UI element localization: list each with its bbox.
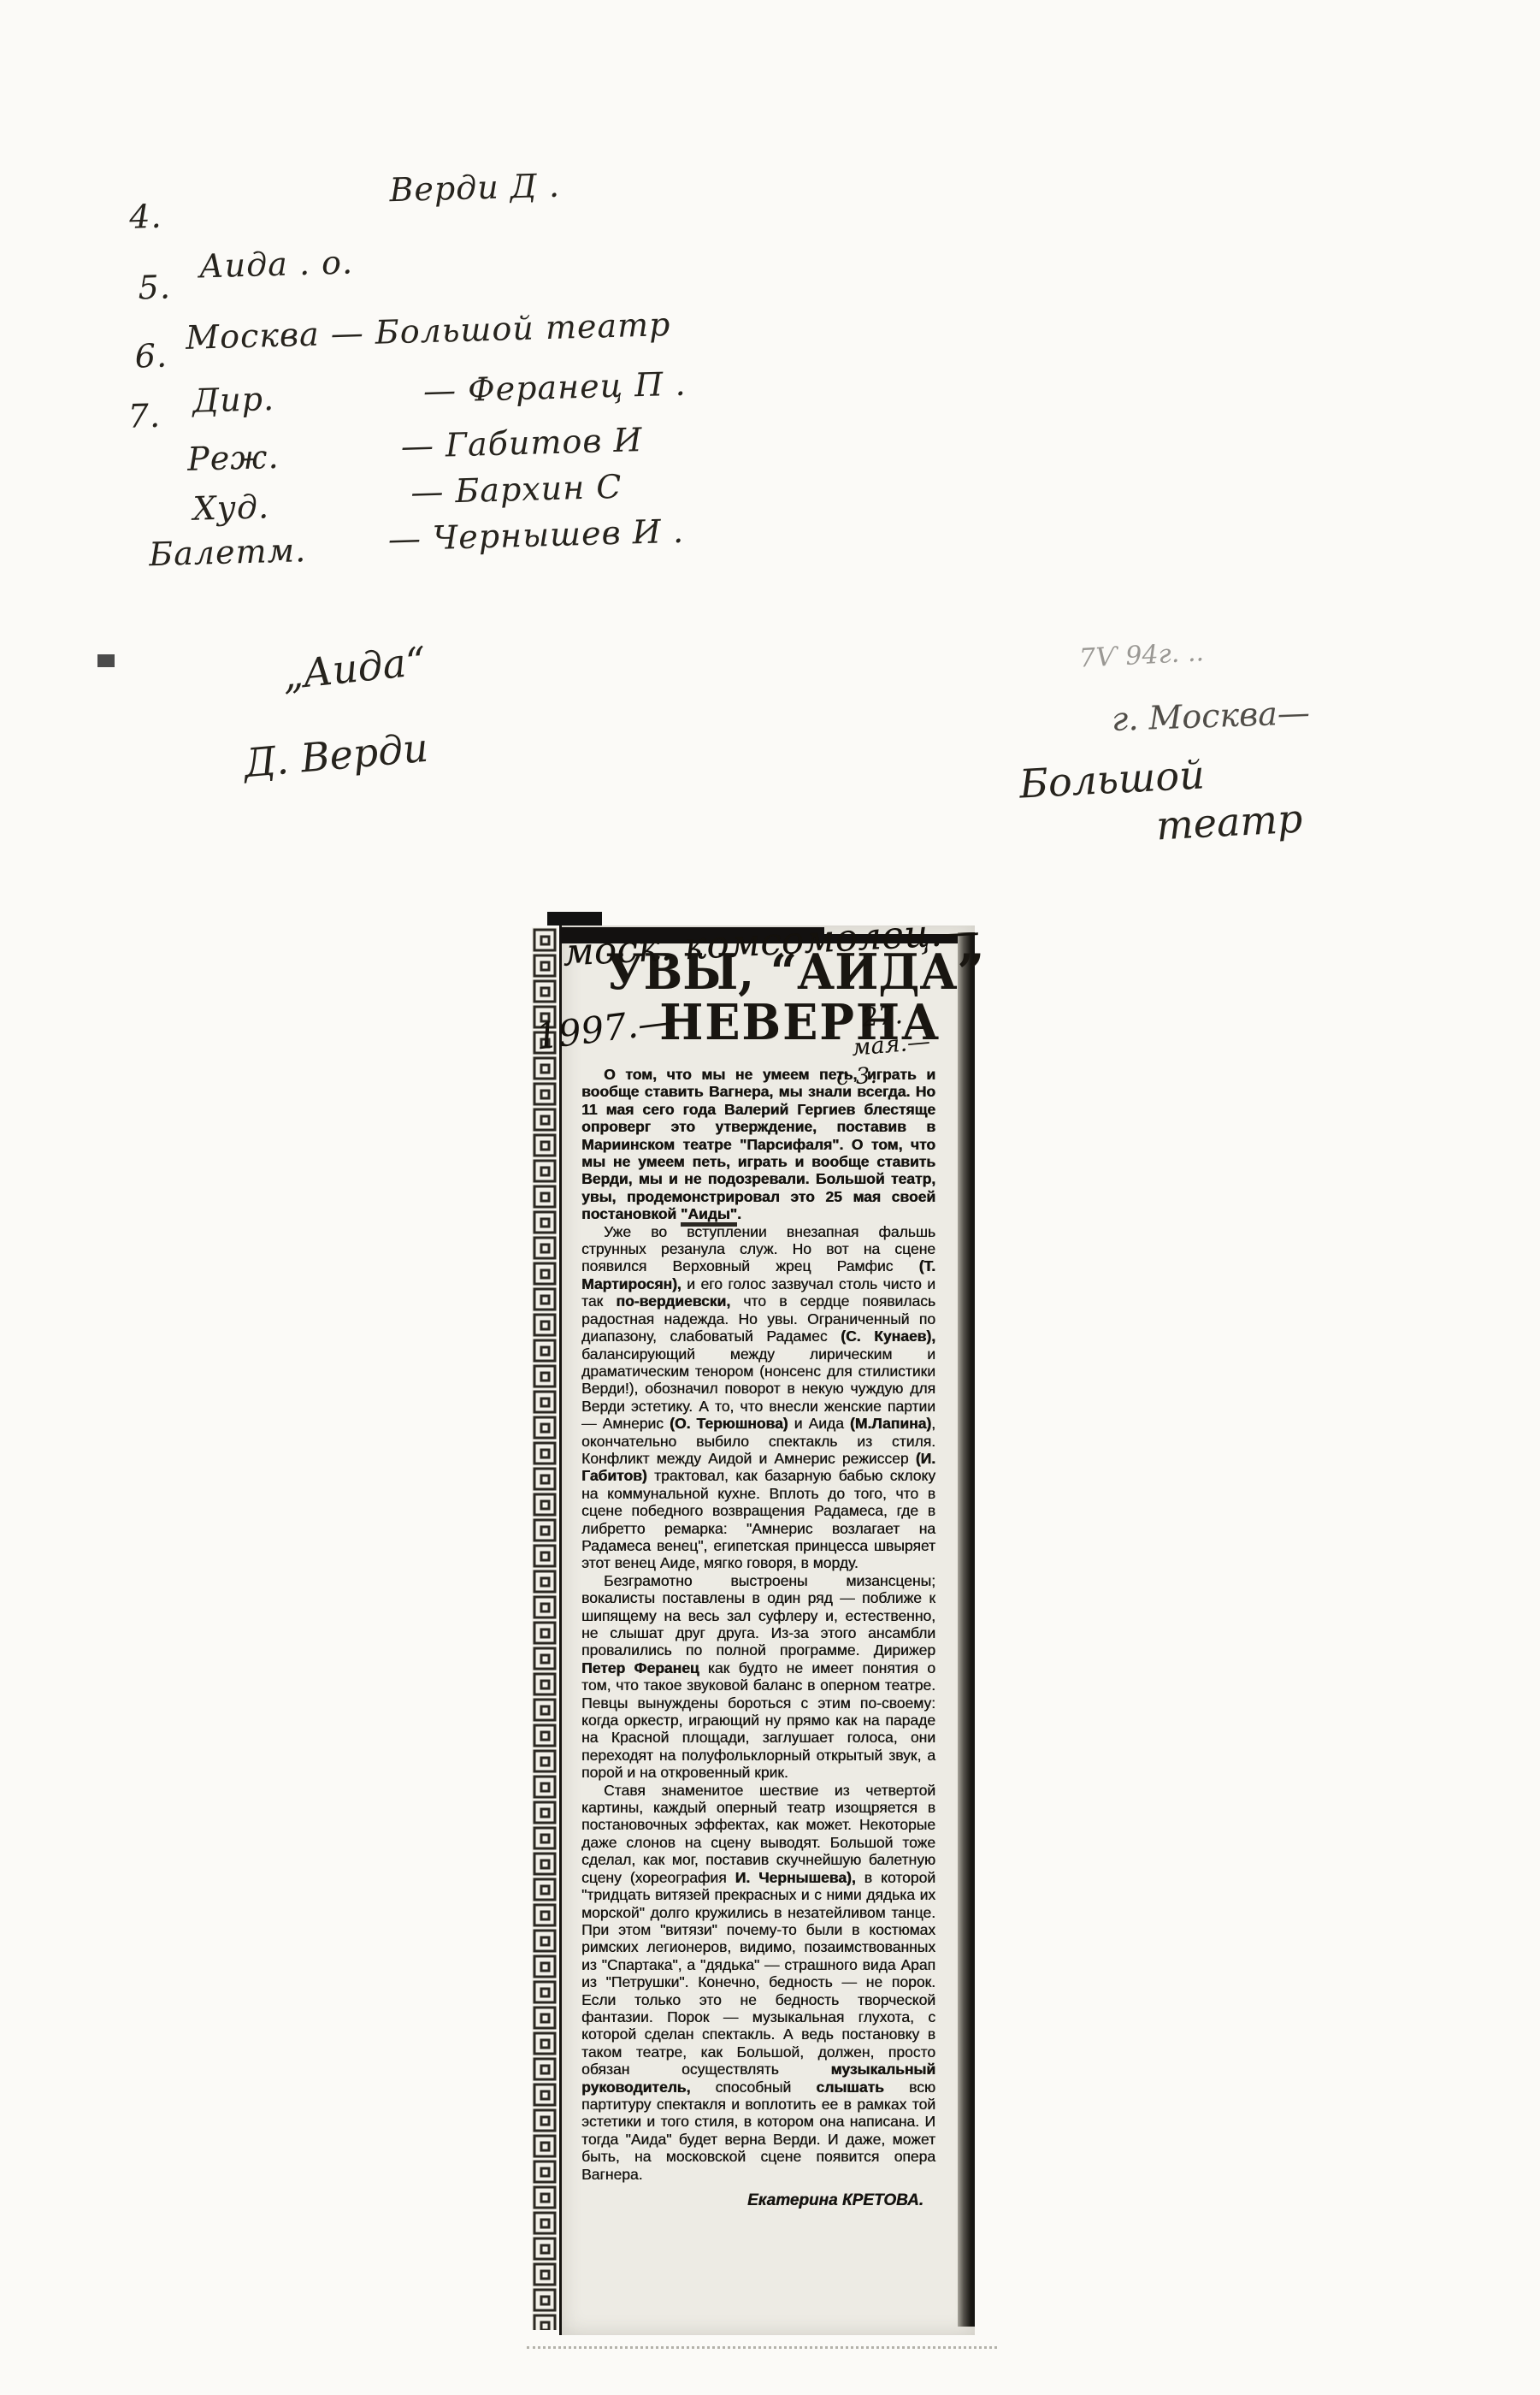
article-byline: Екатерина КРЕТОВА.: [581, 2191, 935, 2210]
article-text-segment: в которой "тридцать витязей прекрасных и…: [581, 1869, 935, 2078]
scan-mark-square: [97, 654, 115, 667]
clipping-right-shadow-border: [958, 932, 975, 2327]
article-text-segment: Безграмотно выстроены мизансцены; вокали…: [581, 1572, 935, 1659]
article-text-segment: по-вердиевски,: [616, 1292, 730, 1310]
handwritten-theatre-note-2: театр: [1155, 799, 1304, 846]
article-paragraph: Безграмотно выстроены мизансцены; вокали…: [581, 1572, 935, 1782]
handwritten-archive-note: 7Ѵ 94г. ..: [1078, 640, 1204, 672]
article: УВЫ, “АИДА” НЕВЕРНА О том, что мы не уме…: [581, 948, 935, 2210]
scan-ink-blob: [547, 912, 602, 925]
list-label: Худ.: [192, 490, 269, 524]
list-label: Балетм.: [149, 534, 307, 571]
handwritten-theatre-note-1: Большой: [1018, 754, 1206, 803]
list-value: — Габитов И: [400, 423, 643, 463]
handwritten-catalogue-list: 4. Верди Д . 5. Аида . о. 6. Москва — Бо…: [120, 164, 678, 582]
article-text-segment: Петер Феранец: [581, 1659, 699, 1676]
article-text-segment: (С. Кунаев),: [841, 1328, 935, 1345]
list-value: — Бархин С: [410, 470, 622, 509]
article-text-segment: способный: [690, 2079, 816, 2096]
list-number: 5.: [138, 270, 171, 304]
article-text-segment: слышать: [816, 2079, 883, 2096]
handwritten-date-day: 27.: [861, 1002, 904, 1032]
list-value: Верди Д .: [389, 169, 560, 207]
clipping-torn-bottom-edge: [527, 2346, 997, 2349]
article-paragraph: Ставя знаменитое шествие из четвертой ка…: [581, 1782, 935, 2183]
handwritten-date-month: мая.—: [851, 1030, 931, 1060]
article-text-segment: (М.Лапина): [850, 1415, 931, 1432]
list-value: — Феранец П .: [423, 368, 687, 408]
newspaper-clipping: моск. комсомолец.— 1997.— 27. мая.— с 3.…: [532, 922, 975, 2335]
article-text-segment: И. Чернышева),: [735, 1869, 856, 1886]
handwritten-opera-title: „Аида“: [280, 641, 428, 695]
article-text-segment: .: [737, 1205, 741, 1222]
list-value: Москва — Большой театр: [186, 308, 671, 354]
list-value: Аида . о.: [198, 245, 353, 282]
handwritten-opera-composer: Д. Верди: [242, 728, 429, 784]
handwritten-city-note: г. Москва—: [1111, 696, 1310, 736]
list-label: Реж.: [187, 441, 280, 476]
article-text-segment: О том, что мы не умеем петь, играть и во…: [581, 1066, 935, 1222]
article-text-segment: и Аида: [788, 1415, 850, 1432]
list-number: 6.: [134, 340, 168, 373]
article-paragraph: Уже во вступлении внезапная фальшь струн…: [581, 1223, 935, 1572]
article-paragraph: О том, что мы не умеем петь, играть и во…: [581, 1066, 935, 1223]
list-label: Дир.: [192, 382, 275, 417]
article-text-segment: (О. Терюшнова): [670, 1415, 788, 1432]
list-number: 7.: [127, 399, 161, 433]
list-number: 4.: [129, 200, 162, 234]
greek-key-border-ornament: [532, 927, 558, 2330]
handwritten-page-number: с 3.: [835, 1065, 877, 1089]
list-value: — Чернышев И .: [387, 515, 684, 556]
article-text-segment: Уже во вступлении внезапная фальшь струн…: [581, 1223, 935, 1275]
article-text-segment: как будто не имеет понятия о том, что та…: [581, 1659, 935, 1781]
article-body: О том, что мы не умеем петь, играть и во…: [581, 1066, 935, 2183]
